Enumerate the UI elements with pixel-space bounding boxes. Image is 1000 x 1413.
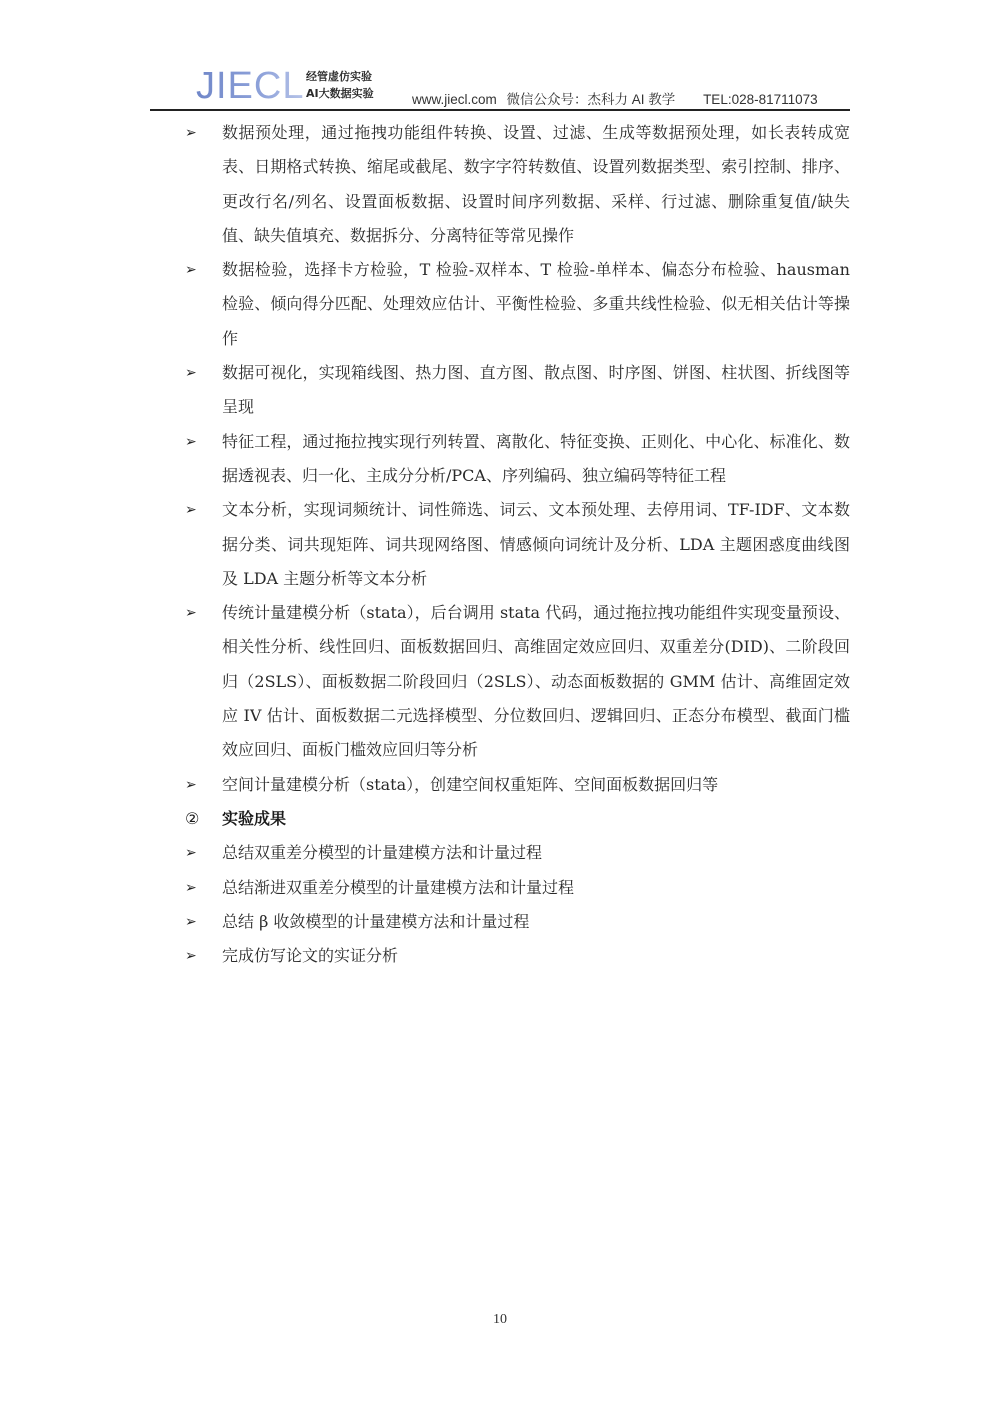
arrow-bullet-icon: ➢ [185,768,197,802]
phone-text: TEL:028-81711073 [703,92,818,107]
list-item-text: 空间计量建模分析（stata），创建空间权重矩阵、空间面板数据回归等 [222,775,718,794]
list-item-text: 完成仿写论文的实证分析 [222,946,398,965]
section-number: ② [185,802,199,836]
wechat-text: 微信公众号：杰科力 AI 教学 [507,92,676,107]
list-item-text: 数据预处理，通过拖拽功能组件转换、设置、过滤、生成等数据预处理，如长表转成宽表、… [222,123,850,245]
list-item: ➢ 数据检验，选择卡方检验，T 检验-双样本、T 检验-单样本、偏态分布检验、h… [185,253,850,356]
arrow-bullet-icon: ➢ [185,939,197,973]
header-contact-info: www.jiecl.com 微信公众号：杰科力 AI 教学 TEL:028-81… [412,88,824,108]
list-item: ➢ 数据预处理，通过拖拽功能组件转换、设置、过滤、生成等数据预处理，如长表转成宽… [185,116,850,253]
list-item: ➢ 总结双重差分模型的计量建模方法和计量过程 [185,836,850,870]
list-item: ➢ 文本分析，实现词频统计、词性筛选、词云、文本预处理、去停用词、TF-IDF、… [185,493,850,596]
document-body: ➢ 数据预处理，通过拖拽功能组件转换、设置、过滤、生成等数据预处理，如长表转成宽… [185,116,850,973]
list-item: ➢ 总结 β 收敛模型的计量建模方法和计量过程 [185,905,850,939]
logo-subtitle: 经管虚仿实验 AI大数据实验 [306,68,374,102]
list-item-text: 总结 β 收敛模型的计量建模方法和计量过程 [222,912,529,931]
list-item: ➢ 完成仿写论文的实证分析 [185,939,850,973]
arrow-bullet-icon: ➢ [185,596,197,630]
list-item-text: 传统计量建模分析（stata），后台调用 stata 代码，通过拖拉拽功能组件实… [222,603,850,759]
arrow-bullet-icon: ➢ [185,836,197,870]
list-item-text: 总结双重差分模型的计量建模方法和计量过程 [222,843,542,862]
arrow-bullet-icon: ➢ [185,425,197,459]
arrow-bullet-icon: ➢ [185,905,197,939]
logo-subtitle-line1: 经管虚仿实验 [306,68,374,85]
list-item-text: 特征工程，通过拖拉拽实现行列转置、离散化、特征变换、正则化、中心化、标准化、数据… [222,432,850,485]
list-item-text: 数据检验，选择卡方检验，T 检验-双样本、T 检验-单样本、偏态分布检验、hau… [222,260,850,348]
arrow-bullet-icon: ➢ [185,356,197,390]
arrow-bullet-icon: ➢ [185,253,197,287]
website-text: www.jiecl.com [412,92,497,107]
page-number: 10 [0,1312,1000,1328]
section-heading: ② 实验成果 [185,802,850,836]
list-item-text: 总结渐进双重差分模型的计量建模方法和计量过程 [222,878,574,897]
list-item-text: 文本分析，实现词频统计、词性筛选、词云、文本预处理、去停用词、TF-IDF、文本… [222,500,850,588]
list-item: ➢ 数据可视化，实现箱线图、热力图、直方图、散点图、时序图、饼图、柱状图、折线图… [185,356,850,425]
list-item: ➢ 总结渐进双重差分模型的计量建模方法和计量过程 [185,871,850,905]
logo-subtitle-line2: AI大数据实验 [306,85,374,102]
arrow-bullet-icon: ➢ [185,116,197,150]
arrow-bullet-icon: ➢ [185,493,197,527]
list-item: ➢ 空间计量建模分析（stata），创建空间权重矩阵、空间面板数据回归等 [185,768,850,802]
header-divider [150,109,850,111]
section-title-text: 实验成果 [222,809,286,828]
page-header: JIECL 经管虚仿实验 AI大数据实验 www.jiecl.com 微信公众号… [150,62,850,110]
jiecl-logo: JIECL [196,66,304,106]
list-item: ➢ 特征工程，通过拖拉拽实现行列转置、离散化、特征变换、正则化、中心化、标准化、… [185,425,850,494]
list-item: ➢ 传统计量建模分析（stata），后台调用 stata 代码，通过拖拉拽功能组… [185,596,850,767]
arrow-bullet-icon: ➢ [185,871,197,905]
list-item-text: 数据可视化，实现箱线图、热力图、直方图、散点图、时序图、饼图、柱状图、折线图等呈… [222,363,850,416]
